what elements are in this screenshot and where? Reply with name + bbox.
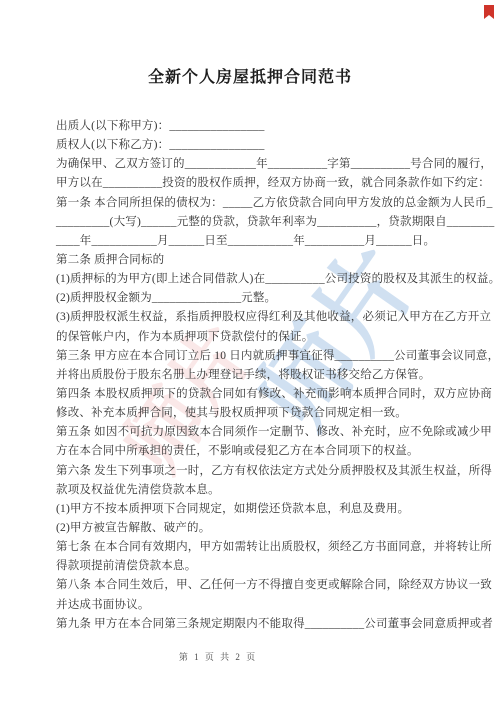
line-article5-2: 方在本合同中所承担的责任，不影响或侵犯乙方在本合同项下的权益。 (56, 442, 450, 461)
page-number-indicator: 第 1 页 共 2 页 (0, 650, 436, 663)
line-article6-1: 第六条 发生下列事项之一时，乙方有权依法定方式处分质押股权及其派生权益，所得 (56, 462, 450, 481)
line-article6-item2: (2)甲方被宣告解散、破产的。 (56, 519, 450, 538)
line-pledgor: 出质人(以下称甲方)：________________ (56, 117, 450, 136)
line-article1-3: ____年___________月______日至___________年___… (56, 232, 450, 251)
line-pledgee: 质权人(以下称乙方)：________________ (56, 136, 450, 155)
line-preamble-2: 甲方以在__________投资的股权作质押，经双方协商一致，就合同条款作如下约… (56, 174, 450, 193)
line-article1-2: _________(大写)______元整的贷款，贷款年利率为_________… (56, 213, 450, 232)
line-article9-1: 第九条 甲方在本合同第三条规定期限内不能取得__________公司董事会同意质… (56, 615, 450, 634)
line-article2-item3b: 的保管帐户内，作为本质押项下贷款偿付的保证。 (56, 328, 450, 347)
line-article5-1: 第五条 如因不可抗力原因致本合同须作一定删节、修改、补充时，应不免除或减少甲 (56, 423, 450, 442)
line-article4-1: 第四条 本股权质押项下的贷款合同如有修改、补充而影响本质押合同时，双方应协商 (56, 385, 450, 404)
line-article2-title: 第二条 质押合同标的 (56, 251, 450, 270)
line-article3-1: 第三条 甲方应在本合同订立后 10 日内就质押事宜征得__________公司董… (56, 347, 450, 366)
contract-body: 出质人(以下称甲方)：________________ 质权人(以下称乙方)：_… (56, 117, 450, 634)
line-article8-2: 并达成书面协议。 (56, 596, 450, 615)
line-article4-2: 修改、补充本质押合同，使其与股权质押项下贷款合同规定相一致。 (56, 404, 450, 423)
line-article2-item1: (1)质押标的为甲方(即上述合同借款人)在__________公司投资的股权及其… (56, 270, 450, 289)
document-title: 全新个人房屋抵押合同范书 (0, 64, 500, 87)
line-article3-2: 并将出质股份于股东名册上办理登记手续，将股权证书移交给乙方保管。 (56, 366, 450, 385)
line-article2-item3: (3)质押股权派生权益，系指质押股权应得红利及其他收益，必须记入甲方在乙方开立 (56, 308, 450, 327)
line-preamble-1: 为确保甲、乙双方签订的____________年__________字第____… (56, 155, 450, 174)
line-article7-2: 得款项提前清偿贷款本息。 (56, 557, 450, 576)
line-article1-1: 第一条 本合同所担保的债权为：_____乙方依贷款合同向甲方发放的总金额为人民币… (56, 194, 450, 213)
line-article6-item1: (1)甲方不按本质押项下合同规定，如期偿还贷款本息，利息及费用。 (56, 500, 450, 519)
line-article8-1: 第八条 本合同生效后，甲、乙任何一方不得擅自变更或解除合同，除经双方协议一致 (56, 576, 450, 595)
contract-document-page: 师片 师片 全新个人房屋抵押合同范书 出质人(以下称甲方)：__________… (0, 0, 500, 706)
red-seal-icon (483, 5, 495, 20)
line-article2-item2: (2)质押股权金额为_______________元整。 (56, 289, 450, 308)
line-article7-1: 第七条 在本合同有效期内，甲方如需转让出质股权，须经乙方书面同意，并将转让所 (56, 538, 450, 557)
line-article6-2: 款项及权益优先清偿贷款本息。 (56, 481, 450, 500)
